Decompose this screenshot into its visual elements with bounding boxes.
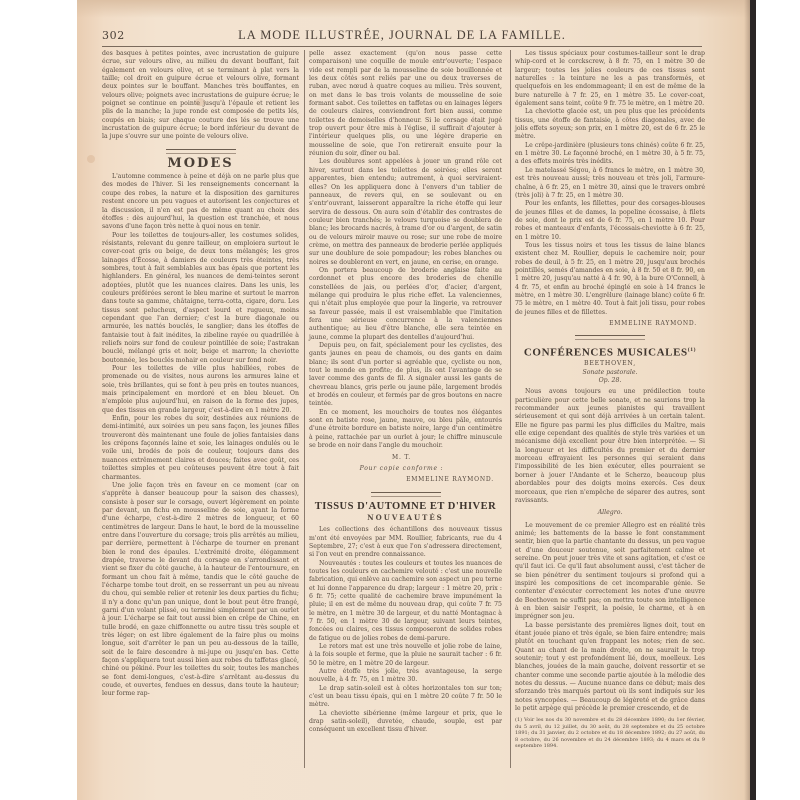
paragraph: Les doublures sont appelées à jouer un g… bbox=[309, 158, 502, 266]
paragraph: Depuis peu, on fait, spécialement pour l… bbox=[309, 342, 502, 409]
section-title-text: CONFÉRENCES MUSICALES bbox=[524, 347, 688, 359]
column-3: Les tissus spéciaux pour costumes-taille… bbox=[515, 50, 705, 749]
paragraph: Enfin, pour les robes du soir, destinées… bbox=[102, 415, 299, 482]
paragraph: On portera beaucoup de broderie anglaise… bbox=[309, 267, 502, 342]
paragraph: Le crêpe-jardinière (plusieurs tons chin… bbox=[515, 142, 705, 167]
signature-line: Pour copie conforme : bbox=[309, 465, 494, 473]
page-header: 302 LA MODE ILLUSTRÉE, JOURNAL DE LA FAM… bbox=[102, 27, 702, 43]
column-2: pelle assez exactement (qu'on nous passe… bbox=[309, 50, 502, 735]
section-title-conferences: CONFÉRENCES MUSICALES(1) bbox=[515, 346, 705, 357]
section-title-modes: MODES bbox=[102, 160, 299, 168]
footnote: (1) Voir les nos du 30 novembre et du 28… bbox=[515, 717, 705, 749]
column-1: des basques à petites pointes, avec incr… bbox=[102, 50, 299, 699]
signature-name: EMMELINE RAYMOND. bbox=[515, 320, 697, 328]
journal-title: LA MODE ILLUSTRÉE, JOURNAL DE LA FAMILLE… bbox=[102, 28, 702, 43]
ornament-divider bbox=[166, 149, 236, 154]
section-subtitle: NOUVEAUTÉS bbox=[309, 514, 502, 522]
paragraph: Tous les tissus noirs et tous les tissus… bbox=[515, 242, 705, 317]
work-title: Sonate pastorale. bbox=[515, 369, 705, 377]
signature-name: EMMELINE RAYMOND. bbox=[309, 476, 494, 484]
ornament-divider bbox=[371, 492, 441, 497]
paragraph: Pour les enfants, les fillettes, pour de… bbox=[515, 200, 705, 242]
footnote-marker: (1) bbox=[688, 347, 696, 353]
paragraph: Le retors mat est une très nouvelle et j… bbox=[309, 643, 502, 668]
paragraph: En ce moment, les mouchoirs de toutes no… bbox=[309, 409, 502, 451]
paragraph: pelle assez exactement (qu'on nous passe… bbox=[309, 50, 502, 158]
paragraph: Les tissus spéciaux pour costumes-taille… bbox=[515, 50, 705, 108]
paragraph: L'automne commence à peine et déjà on ne… bbox=[102, 173, 299, 231]
paragraph: La basse persistante des premières ligne… bbox=[515, 622, 705, 714]
paragraph: Nous avons toujours eu une prédilection … bbox=[515, 388, 705, 505]
paragraph: Le drap satin-soleil est à côtes horizon… bbox=[309, 685, 502, 710]
column-divider bbox=[510, 50, 511, 768]
column-divider bbox=[304, 50, 305, 768]
signature-initials: M. T. bbox=[309, 454, 494, 462]
newspaper-page: 302 LA MODE ILLUSTRÉE, JOURNAL DE LA FAM… bbox=[77, 0, 750, 800]
paragraph: La cheviotte glacée est, un peu plus que… bbox=[515, 108, 705, 141]
paragraph: Pour les toilettes de toujours-aller, le… bbox=[102, 232, 299, 366]
paper-stain bbox=[87, 155, 95, 163]
paragraph: Le mouvement de ce premier Allegro est e… bbox=[515, 522, 705, 622]
composer: BEETHOVEN, bbox=[515, 360, 705, 368]
page-edge bbox=[750, 0, 756, 800]
paragraph: Le matelassé Ségou, à 6 francs le mètre,… bbox=[515, 167, 705, 200]
paragraph: Nouveautés : toutes les couleurs et tout… bbox=[309, 560, 502, 643]
paragraph: Les collections des échantillons des nou… bbox=[309, 526, 502, 559]
paragraph: Pour les toilettes de ville plus habillé… bbox=[102, 365, 299, 415]
paragraph: Autre étoffe très jolie, très avantageus… bbox=[309, 668, 502, 685]
ornament-divider bbox=[575, 335, 645, 340]
opus: Op. 28. bbox=[515, 377, 705, 385]
paragraph: La cheviotte sibérienne (même largeur et… bbox=[309, 710, 502, 735]
header-rule bbox=[102, 46, 702, 47]
intro-paragraph: des basques à petites pointes, avec incr… bbox=[102, 50, 299, 142]
section-title-tissus: TISSUS D'AUTOMNE ET D'HIVER bbox=[309, 503, 502, 511]
paragraph: Une jolie façon très en faveur en ce mom… bbox=[102, 482, 299, 699]
movement-title: Allegro. bbox=[515, 509, 705, 517]
